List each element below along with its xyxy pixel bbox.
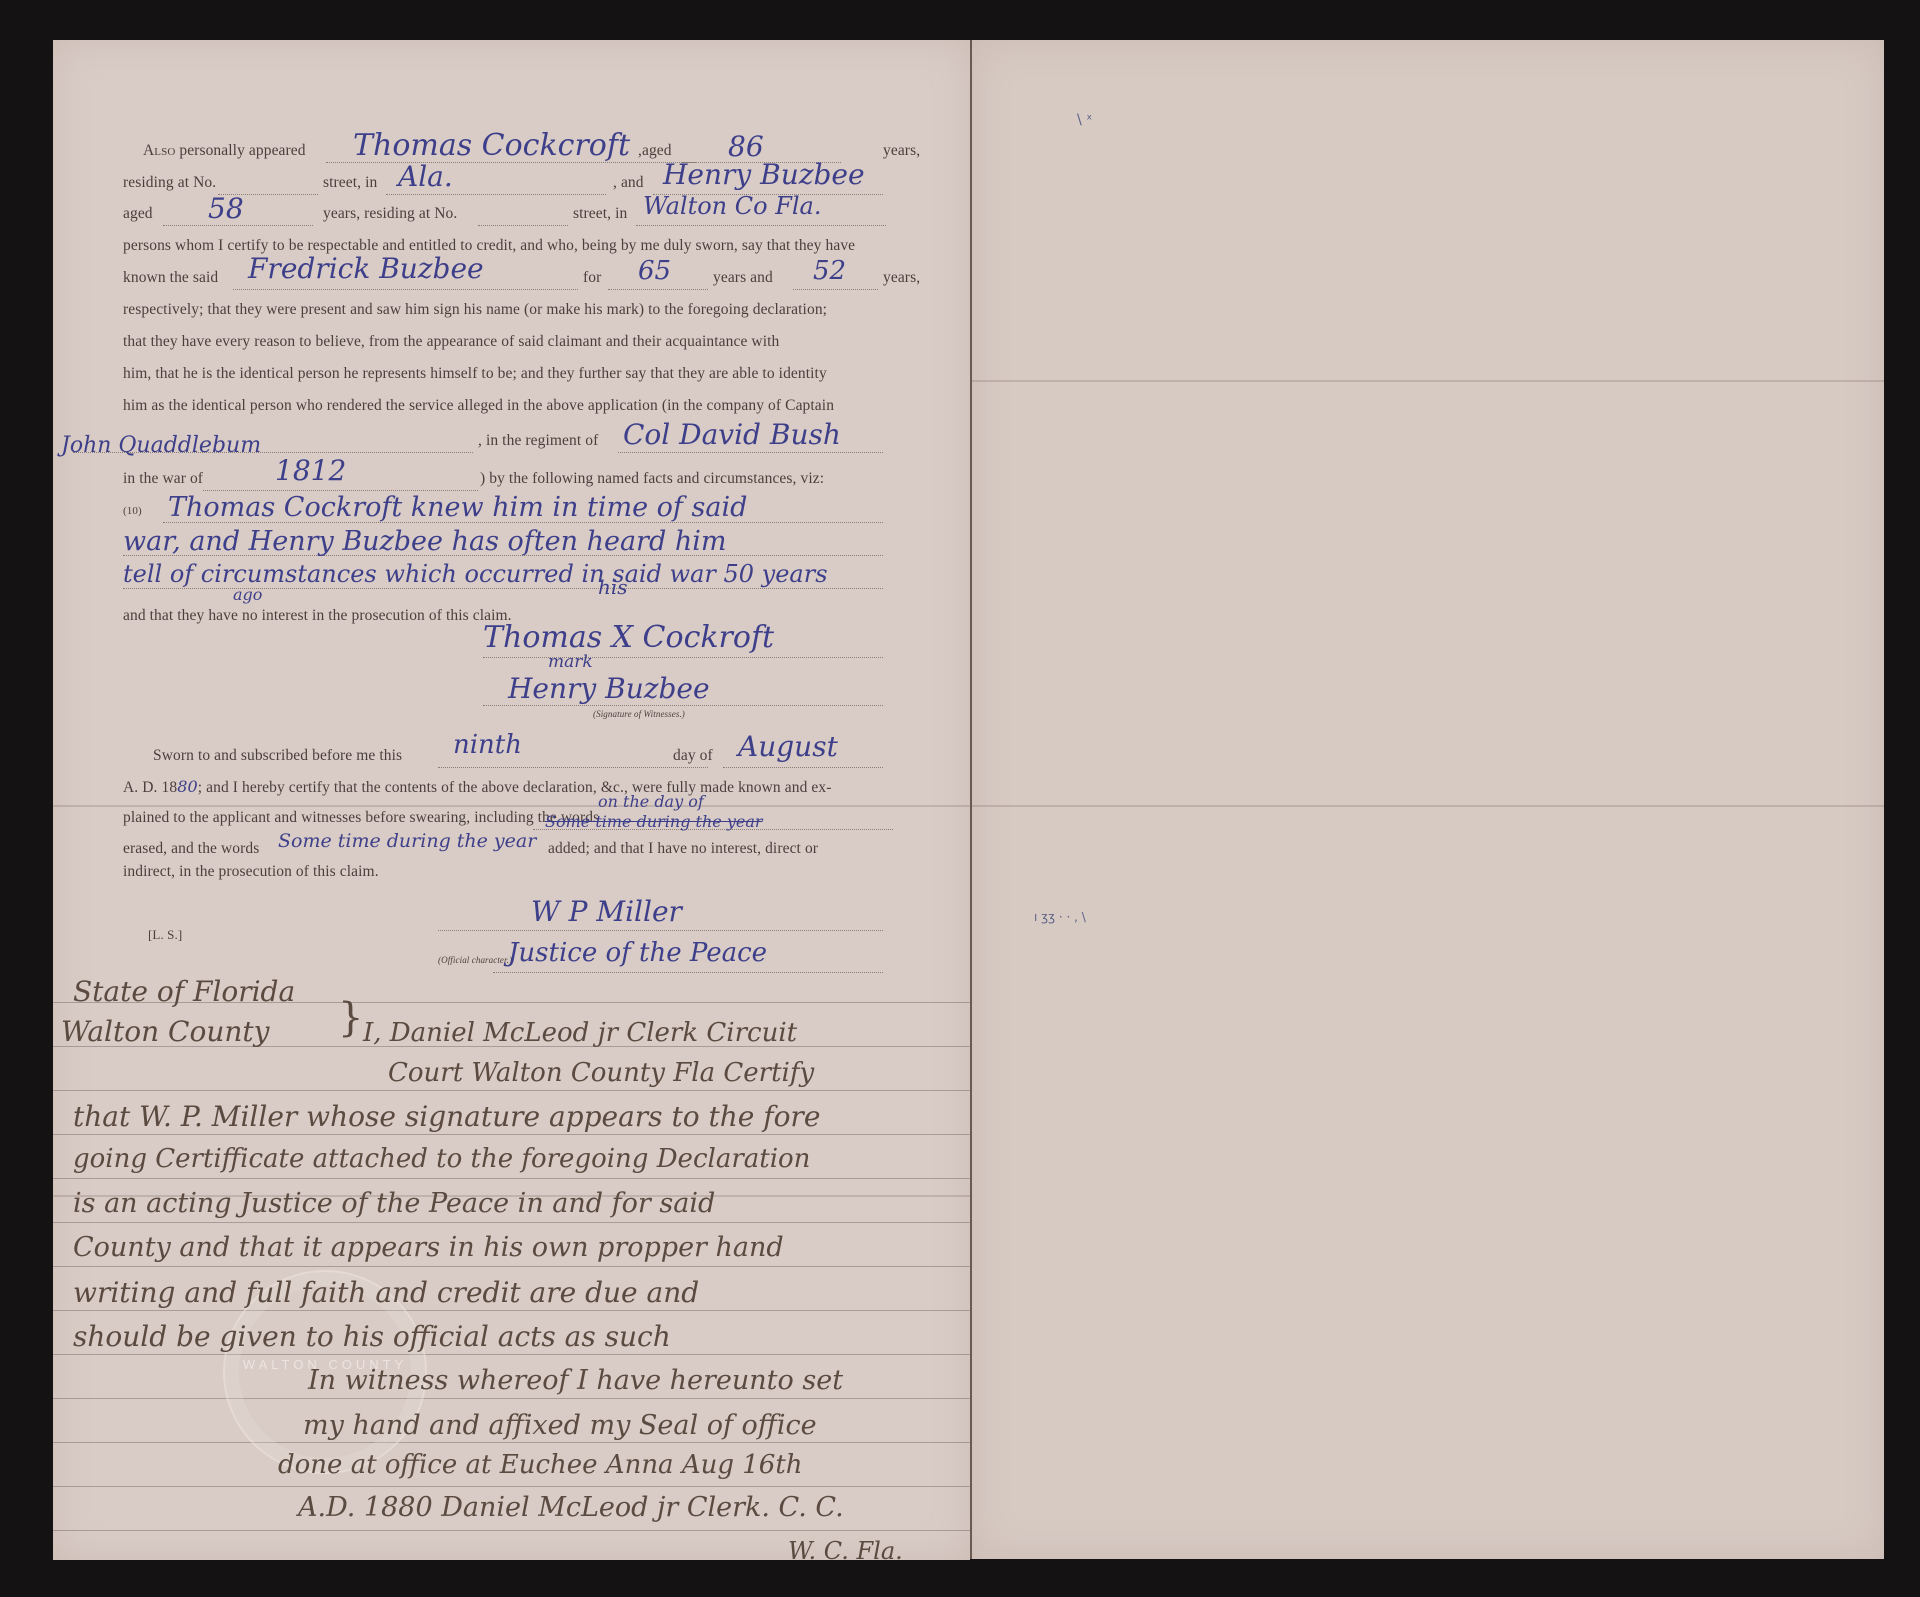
aged-label: aged [123, 205, 153, 223]
facts-line-3: tell of circumstances which occurred in … [123, 560, 828, 588]
war-label: in the war of [123, 470, 203, 488]
clerk-line-5: is an acting Justice of the Peace in and… [73, 1188, 715, 1219]
added-label: added; and that I have no interest, dire… [548, 840, 818, 858]
ruled-line [53, 1398, 970, 1399]
erased-words: Some time during the year [545, 812, 763, 831]
clerk-line-9: In witness whereof I have hereunto set [308, 1365, 843, 1396]
erased-label: erased, and the words [123, 840, 259, 858]
for-label: for [583, 269, 601, 287]
years-known-2: 52 [813, 256, 846, 286]
street-in-label: street, in [323, 174, 377, 192]
clerk-line-10: my hand and affixed my Seal of office [303, 1410, 817, 1441]
facts-label: ) by the following named facts and circu… [480, 470, 824, 488]
blank-line [618, 452, 883, 453]
affidavit-line-1: Also personally appeared [143, 142, 306, 160]
ruled-line [53, 1222, 970, 1223]
regiment-name: Col David Bush [623, 418, 841, 451]
jurat-month: August [738, 730, 838, 763]
years-residing-label: years, residing at No. [323, 205, 457, 223]
ad-line-rest: ; and I hereby certify that the contents… [198, 779, 832, 796]
blank-line [723, 767, 883, 768]
war-year: 1812 [275, 454, 346, 487]
official-character: Justice of the Peace [508, 938, 767, 968]
captain-name: John Quaddlebum [61, 433, 261, 458]
blank-line [608, 289, 708, 290]
clerk-line-4: going Certifficate attached to the foreg… [73, 1144, 810, 1174]
facts-insert: ago [233, 585, 262, 604]
witness2-name: Henry Buzbee [663, 158, 865, 191]
sworn-label: Sworn to and subscribed before me this [153, 747, 402, 765]
clerk-line-7: writing and full faith and credit are du… [73, 1276, 699, 1309]
ruled-line [53, 1310, 970, 1311]
affidavit-line-9: him as the identical person who rendered… [123, 397, 834, 415]
affidavit-line-8: him, that he is the identical person he … [123, 365, 827, 383]
regiment-label: , in the regiment of [478, 432, 598, 450]
signature-line [483, 705, 883, 706]
no-interest-line: and that they have no interest in the pr… [123, 607, 512, 625]
witness2-residence: Walton Co Fla. [643, 192, 821, 220]
ls-label: [L. S.] [148, 927, 182, 943]
explained-line: plained to the applicant and witnesses b… [123, 809, 599, 827]
added-words: Some time during the year [278, 830, 536, 852]
venue-county: Walton County [61, 1015, 269, 1048]
blank-line [386, 194, 606, 195]
clerk-line-6: County and that it appears in his own pr… [73, 1232, 784, 1263]
stray-ink-marks: \ ˣ [1077, 112, 1092, 128]
ruled-line [53, 1134, 970, 1135]
facts-marker: (10) [123, 505, 142, 517]
street-in-label: street, in [573, 205, 627, 223]
years-and-label: years and [713, 269, 773, 287]
witness2-age: 58 [208, 192, 244, 225]
ruled-line [53, 1486, 970, 1487]
right-page: \ ˣ ı ʒʒ · · , \ [970, 40, 1884, 1559]
clerk-line-12: A.D. 1880 Daniel McLeod jr Clerk. C. C. [298, 1492, 844, 1523]
ruled-line [53, 1442, 970, 1443]
blank-line [203, 490, 478, 491]
blank-line [233, 289, 578, 290]
ruled-line [53, 1266, 970, 1267]
venue-brace: } [338, 995, 363, 1041]
jurat-day: ninth [453, 730, 522, 760]
blank-line [636, 225, 886, 226]
claimant-name: Fredrick Buzbee [248, 252, 484, 285]
witness2-signature: Henry Buzbee [508, 672, 710, 705]
ad-line: A. D. 1880; and I hereby certify that th… [123, 777, 831, 797]
signature-line [483, 657, 883, 658]
known-label: known the said [123, 269, 218, 287]
ruled-line [53, 1178, 970, 1179]
officer-signature: W P Miller [531, 895, 682, 928]
ad-year-suffix: 80 [177, 777, 198, 796]
facts-line-1: Thomas Cockroft knew him in time of said [168, 492, 747, 523]
appeared-label: personally appeared [175, 142, 305, 159]
stray-ink-marks: ı ʒʒ · · , \ [1034, 910, 1086, 924]
years-label: years, [883, 269, 920, 287]
facts-line-2: war, and Henry Buzbee has often heard hi… [123, 526, 726, 557]
ruled-line [53, 1354, 970, 1355]
signature-line [493, 972, 883, 973]
ruled-line [53, 1530, 970, 1531]
signature-line [438, 930, 883, 931]
official-character-label: (Official character.) [438, 955, 512, 965]
indirect-line: indirect, in the prosecution of this cla… [123, 863, 379, 881]
signatures-caption: (Signature of Witnesses.) [593, 709, 685, 719]
clerk-line-1: I, Daniel McLeod jr Clerk Circuit [363, 1018, 797, 1048]
fold-crease [972, 805, 1884, 807]
blank-line [793, 289, 878, 290]
day-of-label: day of [673, 747, 713, 765]
interlined-words: on the day of [598, 792, 704, 811]
signature-his: his [598, 575, 628, 599]
clerk-line-11: done at office at Euchee Anna Aug 16th [278, 1450, 803, 1480]
clerk-line-8: should be given to his official acts as … [73, 1320, 671, 1353]
fold-crease [53, 805, 970, 807]
ad-prefix: A. D. 18 [123, 779, 177, 796]
left-page: Also personally appeared Thomas Cockcrof… [53, 40, 970, 1560]
clerk-line-2: Court Walton County Fla Certify [388, 1058, 814, 1088]
affidavit-line-6: respectively; that they were present and… [123, 301, 827, 319]
years-label: years, [883, 142, 920, 160]
clerk-line-13: W. C. Fla. [788, 1537, 903, 1565]
affidavit-line-4: persons whom I certify to be respectable… [123, 237, 855, 255]
fold-crease [972, 380, 1884, 382]
clerk-line-3: that W. P. Miller whose signature appear… [73, 1100, 820, 1133]
blank-line [163, 225, 313, 226]
ruled-line [53, 1090, 970, 1091]
and-label: , and [613, 174, 644, 192]
signature-mark: mark [548, 652, 593, 672]
venue-state: State of Florida [73, 975, 295, 1008]
years-known-1: 65 [638, 256, 671, 286]
residing-label: residing at No. [123, 174, 216, 192]
affidavit-line-7: that they have every reason to believe, … [123, 333, 779, 351]
witness1-name: Thomas Cockcroft [353, 128, 630, 163]
witness1-residence: Ala. [398, 160, 453, 193]
blank-line [438, 767, 708, 768]
witness1-signature: Thomas X Cockroft [483, 620, 774, 655]
blank-line [478, 225, 568, 226]
also-label: Also [143, 142, 175, 159]
